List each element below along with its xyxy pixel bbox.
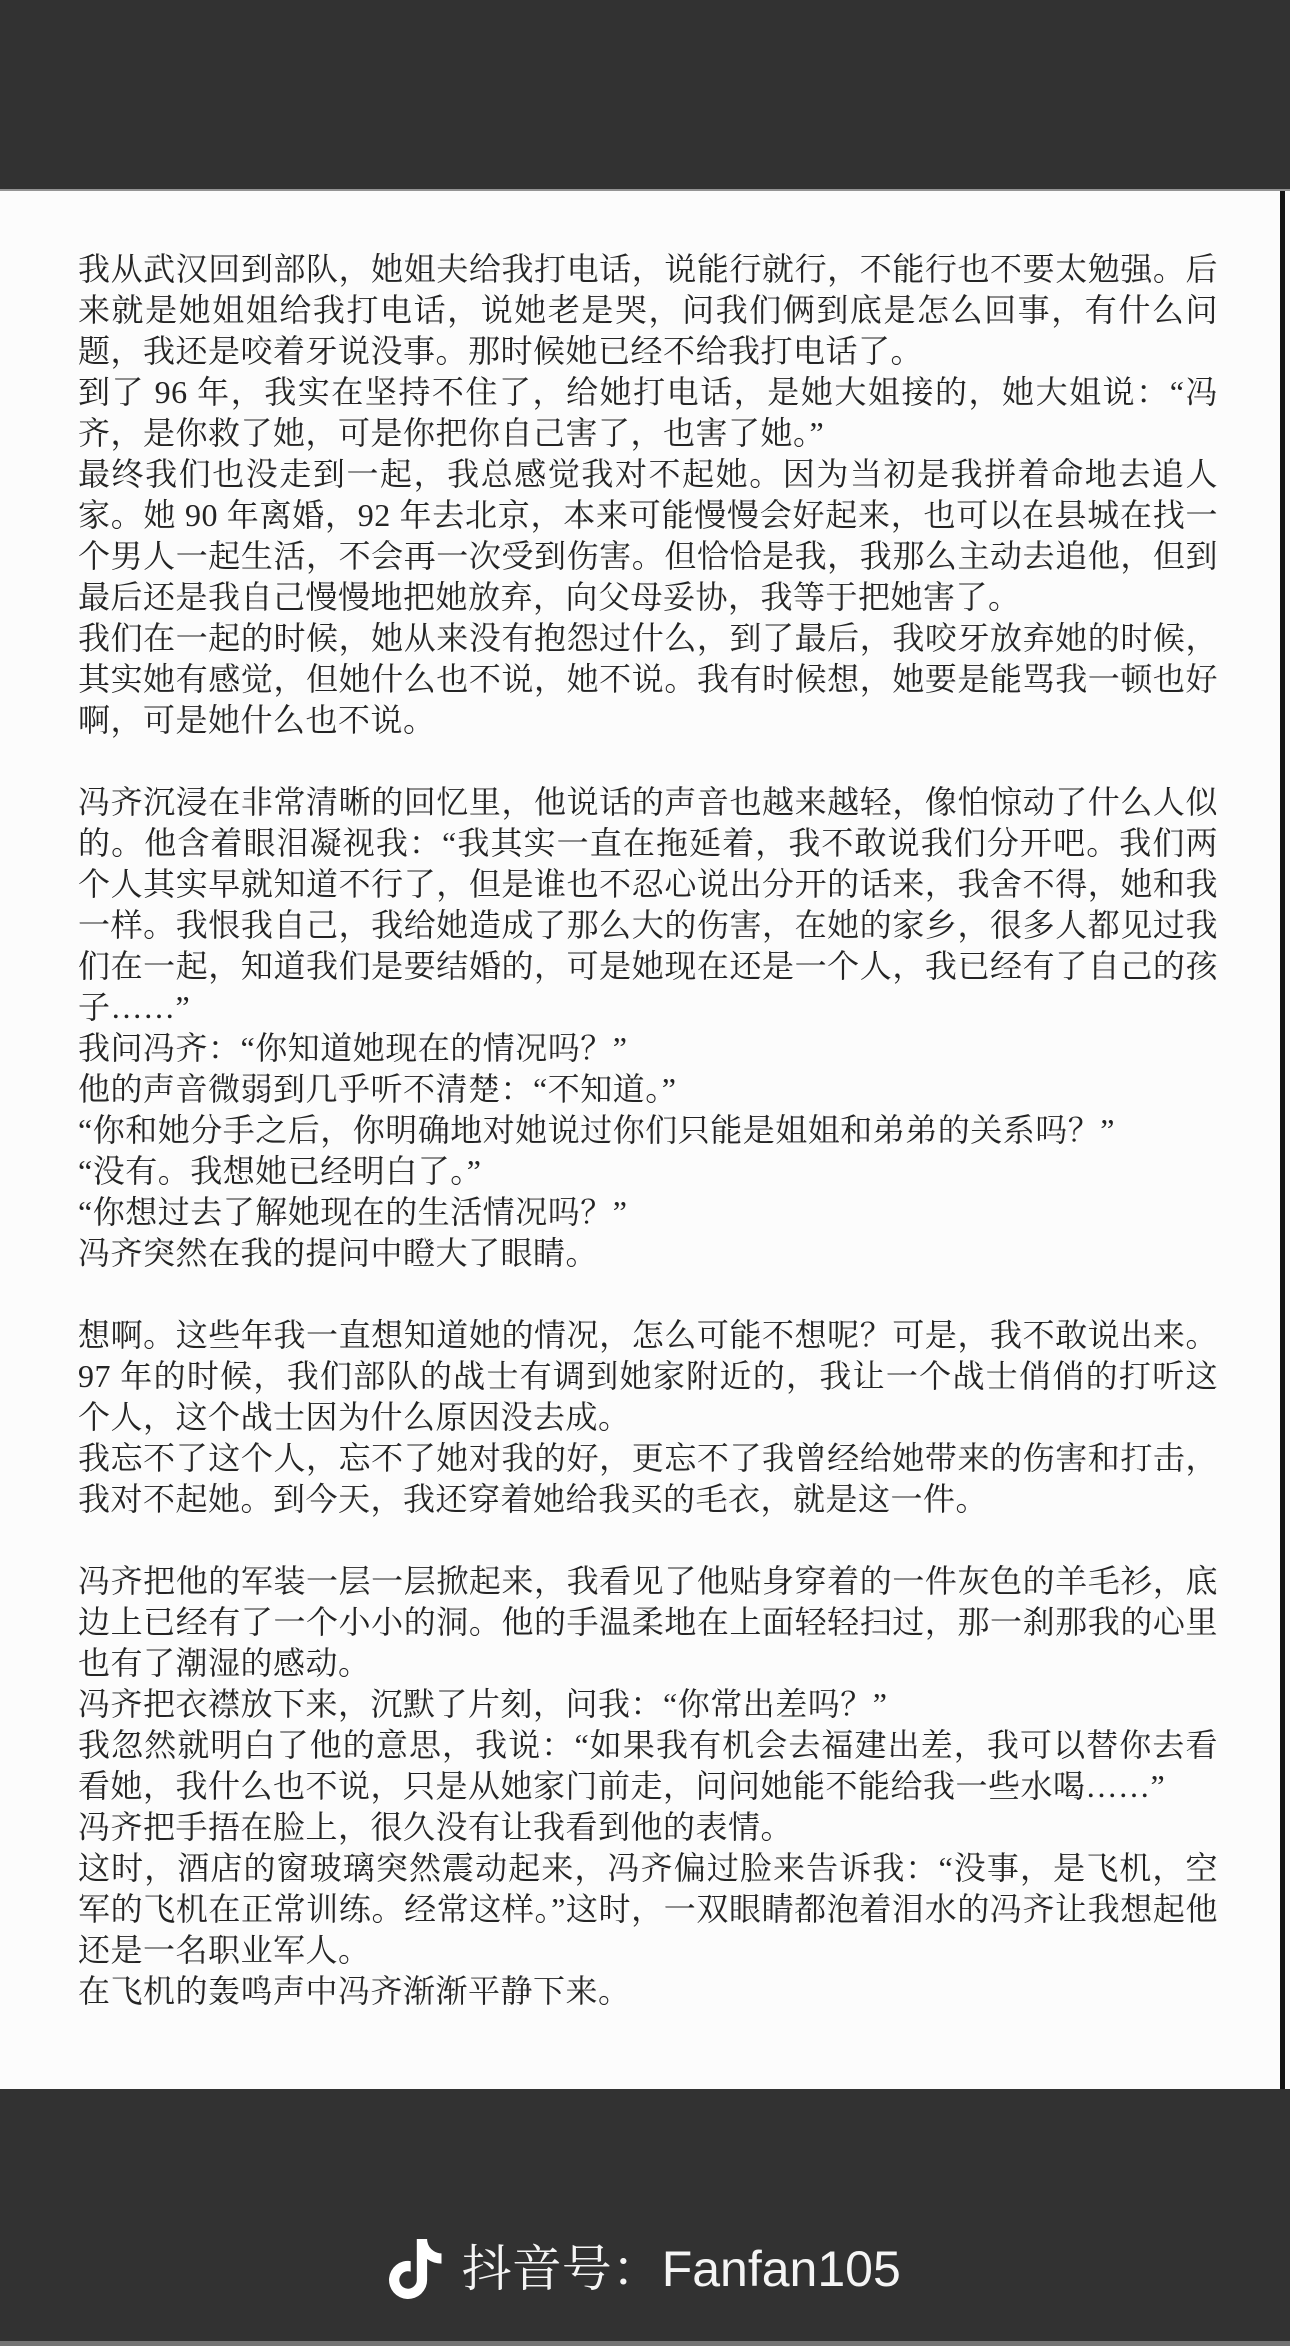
paragraph: “你和她分手之后，你明确地对她说过你们只能是姐姐和弟弟的关系吗？”: [78, 1110, 1218, 1151]
bottom-edge-strip: [0, 2341, 1290, 2346]
paragraph: 我们在一起的时候，她从来没有抱怨过什么，到了最后，我咬牙放弃她的时候，其实她有感…: [78, 618, 1218, 741]
paragraph: 最终我们也没走到一起，我总感觉我对不起她。因为当初是我拼着命地去追人家。她 90…: [78, 454, 1218, 618]
paragraph: “你想过去了解她现在的生活情况吗？”: [78, 1192, 1218, 1233]
paragraph: 冯齐突然在我的提问中瞪大了眼睛。: [78, 1233, 1218, 1274]
text-section: 冯齐把他的军装一层一层掀起来，我看见了他贴身穿着的一件灰色的羊毛衫，底边上已经有…: [78, 1561, 1218, 2012]
douyin-watermark: 抖音号：Fanfan105: [389, 2239, 901, 2299]
paragraph: 到了 96 年，我实在坚持不住了，给她打电话，是她大姐接的，她大姐说：“冯齐，是…: [78, 372, 1218, 454]
paragraph: 冯齐把衣襟放下来，沉默了片刻，问我：“你常出差吗？”: [78, 1684, 1218, 1725]
top-letterbox: [0, 0, 1290, 189]
paragraph: 冯齐沉浸在非常清晰的回忆里，他说话的声音也越来越轻，像怕惊动了什么人似的。他含着…: [78, 782, 1218, 1028]
paragraph: “没有。我想她已经明白了。”: [78, 1151, 1218, 1192]
douyin-note-icon: [389, 2239, 442, 2299]
text-section: 冯齐沉浸在非常清晰的回忆里，他说话的声音也越来越轻，像怕惊动了什么人似的。他含着…: [78, 782, 1218, 1274]
video-frame: 我从武汉回到部队，她姐夫给我打电话，说能行就行，不能行也不要太勉强。后来就是她姐…: [0, 0, 1290, 2346]
text-section: 想啊。这些年我一直想知道她的情况，怎么可能不想呢？可是，我不敢说出来。97 年的…: [78, 1315, 1218, 1520]
paragraph: 他的声音微弱到几乎听不清楚：“不知道。”: [78, 1069, 1218, 1110]
paragraph: 我从武汉回到部队，她姐夫给我打电话，说能行就行，不能行也不要太勉强。后来就是她姐…: [78, 249, 1218, 372]
paragraph: 我忽然就明白了他的意思，我说：“如果我有机会去福建出差，我可以替你去看看她，我什…: [78, 1725, 1218, 1807]
page-text: 我从武汉回到部队，她姐夫给我打电话，说能行就行，不能行也不要太勉强。后来就是她姐…: [78, 249, 1218, 2012]
paragraph: 冯齐把手捂在脸上，很久没有让我看到他的表情。: [78, 1807, 1218, 1848]
paragraph: 这时，酒店的窗玻璃突然震动起来，冯齐偏过脸来告诉我：“没事，是飞机，空军的飞机在…: [78, 1848, 1218, 1971]
document-page: 我从武汉回到部队，她姐夫给我打电话，说能行就行，不能行也不要太勉强。后来就是她姐…: [0, 191, 1290, 2089]
bottom-letterbox: 抖音号：Fanfan105: [0, 2089, 1290, 2346]
page-right-edge: [1280, 191, 1285, 2089]
paragraph: 我问冯齐：“你知道她现在的情况吗？”: [78, 1028, 1218, 1069]
watermark-text: 抖音号：Fanfan105: [462, 2239, 901, 2299]
paragraph: 冯齐把他的军装一层一层掀起来，我看见了他贴身穿着的一件灰色的羊毛衫，底边上已经有…: [78, 1561, 1218, 1684]
paragraph: 我忘不了这个人，忘不了她对我的好，更忘不了我曾经给她带来的伤害和打击，我对不起她…: [78, 1438, 1218, 1520]
paragraph: 在飞机的轰鸣声中冯齐渐渐平静下来。: [78, 1971, 1218, 2012]
text-section: 我从武汉回到部队，她姐夫给我打电话，说能行就行，不能行也不要太勉强。后来就是她姐…: [78, 249, 1218, 741]
paragraph: 想啊。这些年我一直想知道她的情况，怎么可能不想呢？可是，我不敢说出来。97 年的…: [78, 1315, 1218, 1438]
